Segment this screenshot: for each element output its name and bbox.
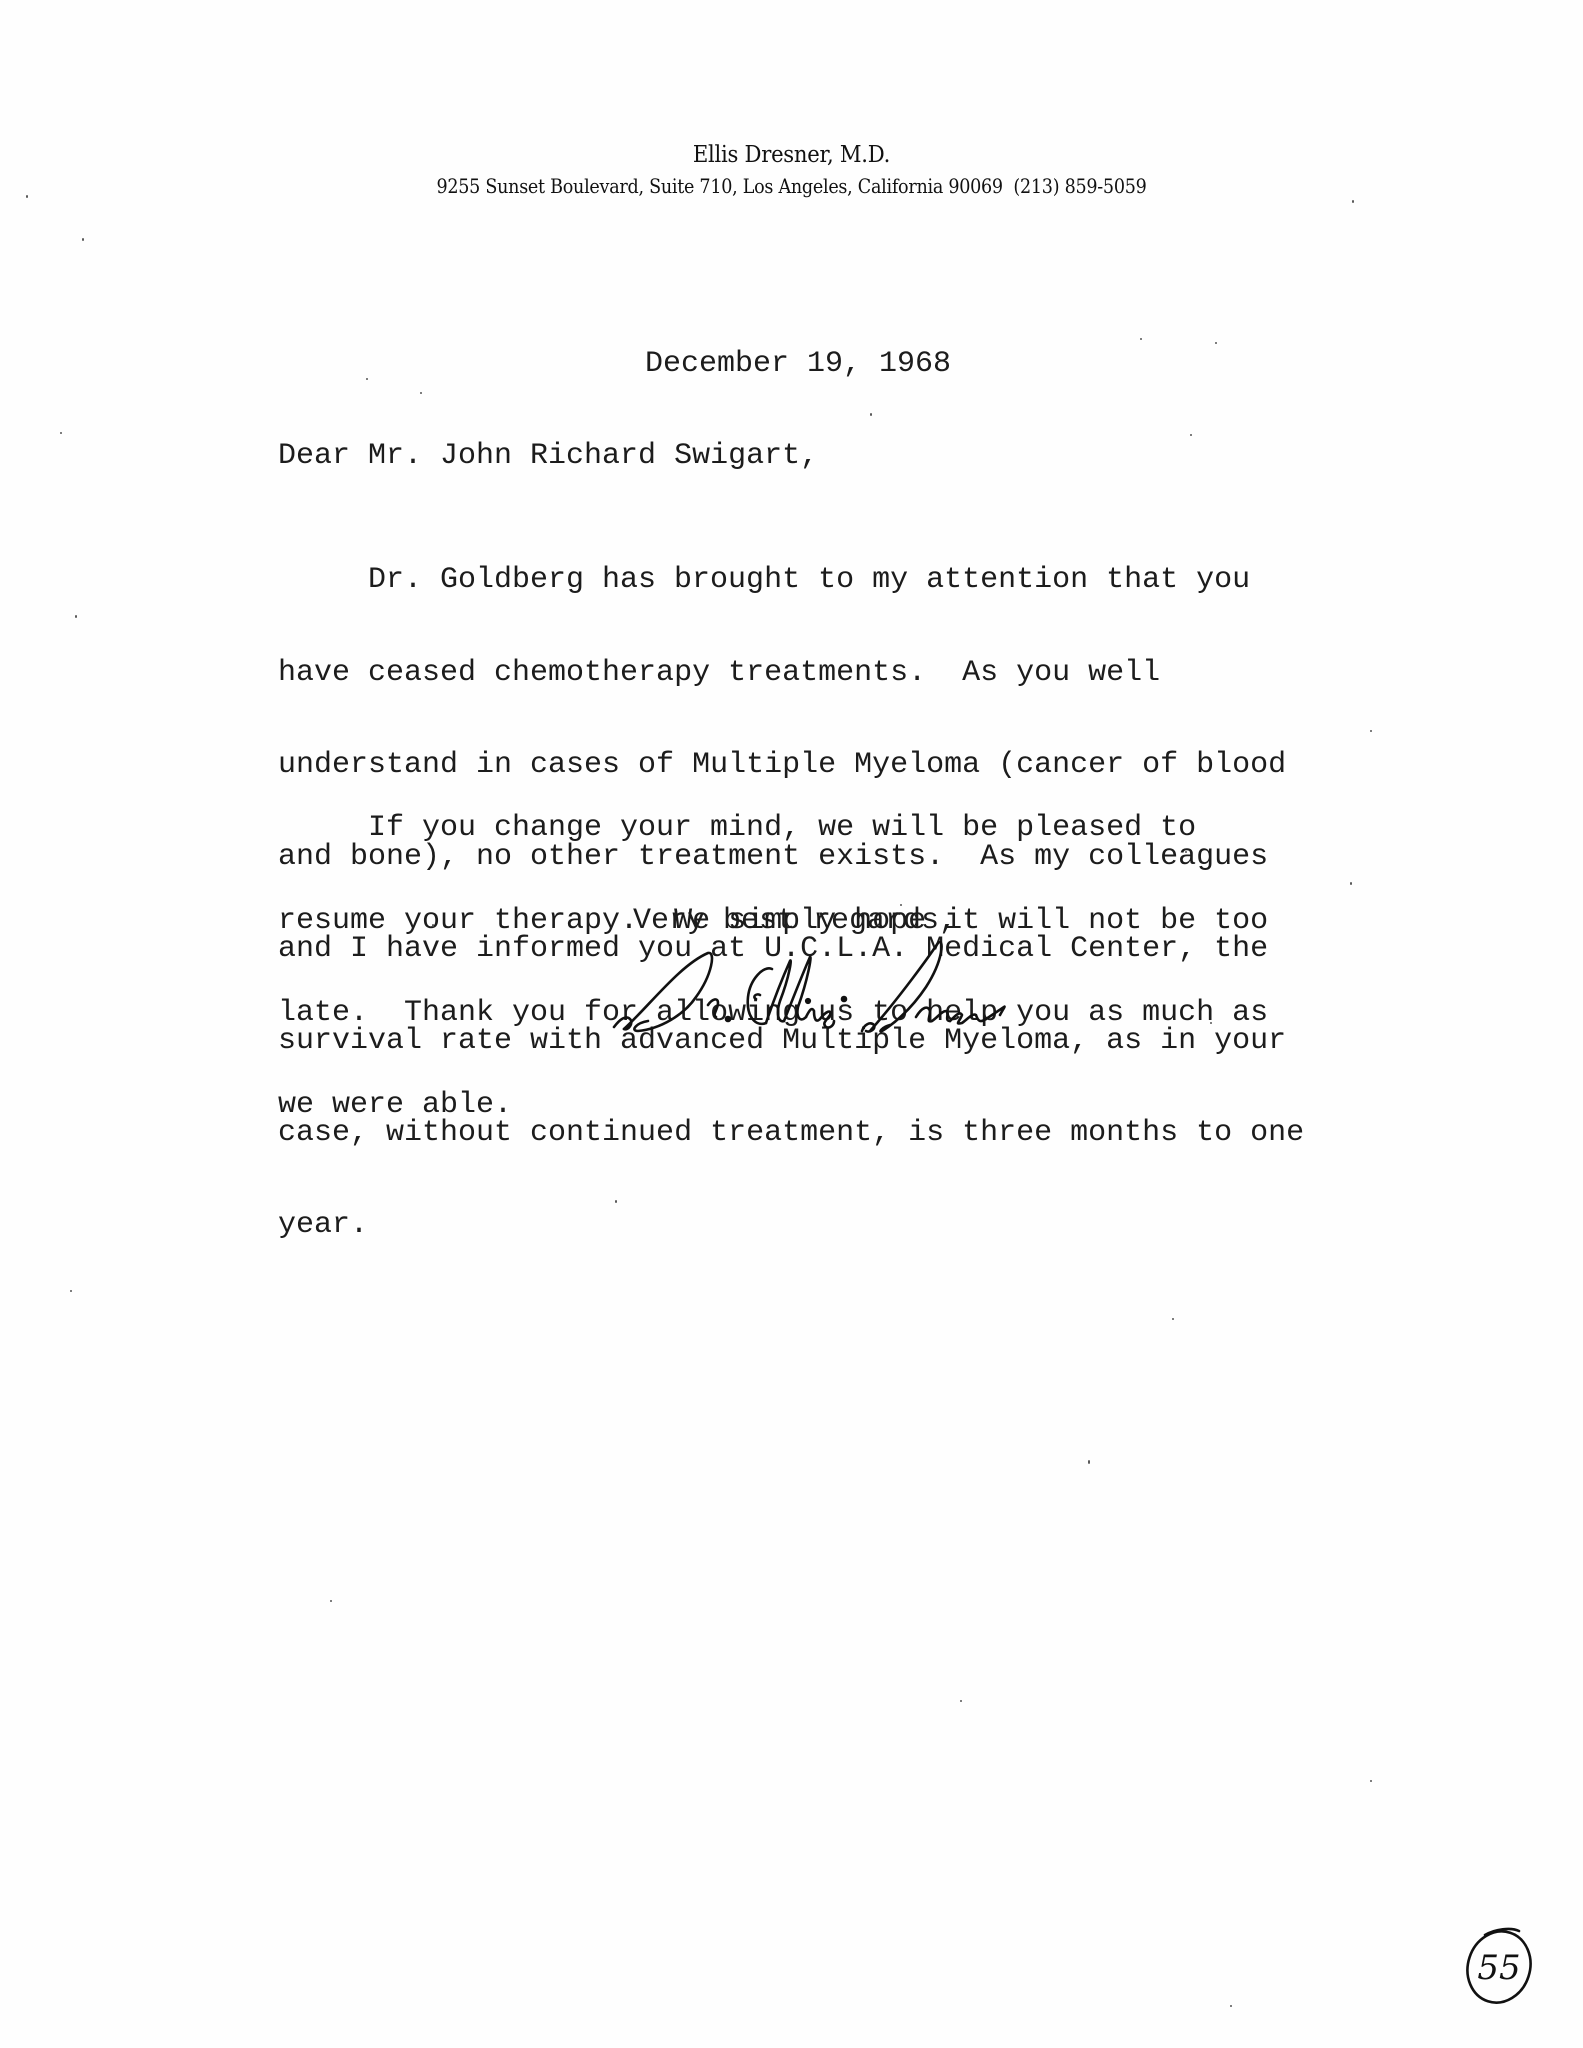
body-line: we were able. — [278, 1090, 1268, 1121]
scan-speck — [70, 1290, 72, 1292]
scan-speck — [420, 392, 422, 394]
svg-text:55: 55 — [1477, 1948, 1520, 1988]
scan-speck — [1088, 1460, 1090, 1464]
scan-speck — [432, 924, 434, 927]
scan-speck — [615, 1200, 617, 1203]
scan-speck — [26, 195, 28, 198]
closing: Very best regards, — [633, 904, 957, 938]
scan-speck — [75, 615, 77, 618]
scan-speck — [1370, 1780, 1372, 1782]
scan-speck — [960, 1700, 962, 1702]
scan-speck — [366, 378, 368, 380]
scan-speck — [1370, 730, 1372, 732]
body-line: If you change your mind, we will be plea… — [278, 813, 1268, 844]
scan-speck — [1172, 1318, 1174, 1320]
signature-image: Dr. Ellis Dresner — [600, 935, 1010, 1045]
scan-speck — [1230, 2005, 1232, 2007]
letterhead-name: Ellis Dresner, M.D. — [63, 142, 1519, 168]
scan-speck — [1185, 851, 1187, 853]
body-line: have ceased chemotherapy treatments. As … — [278, 658, 1304, 689]
scan-speck — [1210, 1022, 1212, 1024]
salutation: Dear Mr. John Richard Swigart, — [278, 439, 818, 473]
scan-speck — [870, 413, 872, 416]
body-line: year. — [278, 1210, 1304, 1241]
scan-speck — [1215, 342, 1217, 344]
scan-speck — [1352, 200, 1354, 203]
letter-page: Ellis Dresner, M.D. 9255 Sunset Boulevar… — [0, 0, 1583, 2048]
page-number-annotation: 55 — [1455, 1915, 1545, 2015]
letterhead-address: 9255 Sunset Boulevard, Suite 710, Los An… — [79, 175, 1504, 198]
scan-speck — [1350, 882, 1352, 885]
scan-speck — [1140, 338, 1142, 340]
scan-speck — [1190, 434, 1192, 436]
scan-speck — [60, 432, 62, 434]
scan-speck — [330, 1600, 332, 1602]
body-line: Dr. Goldberg has brought to my attention… — [278, 565, 1304, 596]
scan-speck — [82, 238, 84, 241]
letter-date: December 19, 1968 — [645, 347, 951, 381]
scan-speck — [900, 904, 902, 906]
